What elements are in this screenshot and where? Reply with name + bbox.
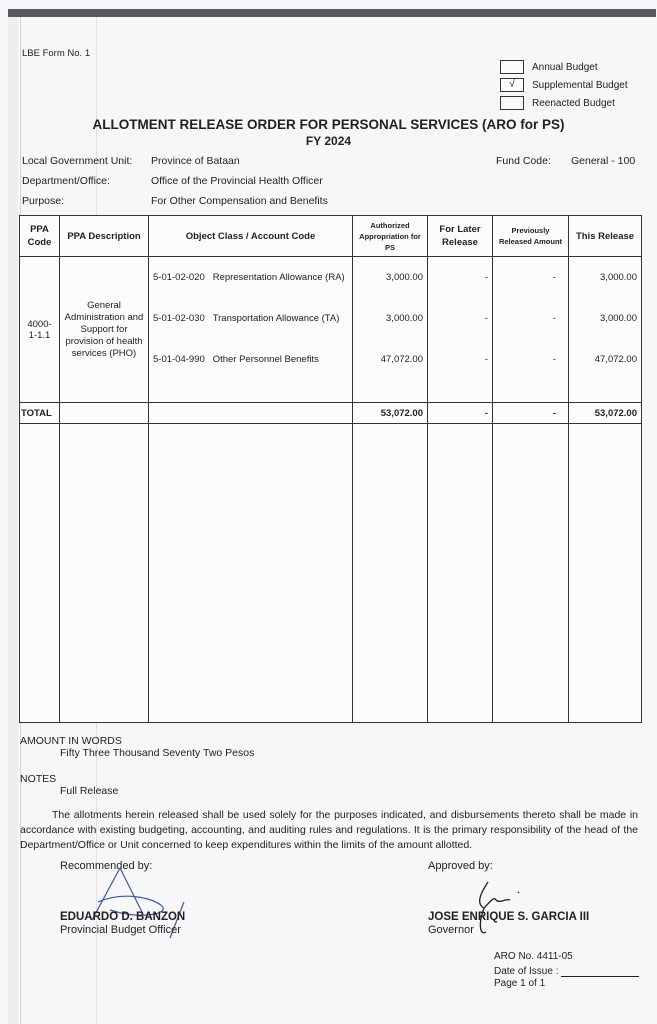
account-line: 5-01-02-020 Representation Allowance (RA…: [153, 257, 348, 298]
lgu-value: Province of Bataan: [151, 155, 240, 167]
recommender-position: Provincial Budget Officer: [60, 924, 181, 936]
total-label: TOTAL: [20, 403, 60, 424]
account-code: 5-01-02-020: [153, 272, 205, 283]
notes-value: Full Release: [60, 785, 118, 797]
previously-cell: - - -: [493, 257, 569, 403]
amount: -: [497, 257, 556, 298]
account-line: 5-01-04-990 Other Personnel Benefits: [153, 339, 348, 380]
purpose-label: Purpose:: [22, 195, 64, 207]
total-authorized: 53,072.00: [353, 403, 428, 424]
allotment-table: PPA Code PPA Description Object Class / …: [19, 215, 642, 723]
account-line: 5-01-02-030 Transportation Allowance (TA…: [153, 298, 348, 339]
header-previously: Previously Released Amount: [493, 216, 569, 257]
page-margin-shadow: [8, 17, 18, 1024]
amount: -: [432, 257, 488, 298]
budget-type-checklist: Annual Budget √ Supplemental Budget Reen…: [500, 58, 628, 112]
ppa-description: General Administration and Support for p…: [60, 257, 149, 403]
blank-row: [20, 424, 642, 723]
this-release-cell: 3,000.00 3,000.00 47,072.00: [569, 257, 642, 403]
header-for-later: For Later Release: [428, 216, 493, 257]
for-later-cell: - - -: [428, 257, 493, 403]
fund-code-value: General - 100: [571, 155, 635, 167]
total-previously: -: [493, 403, 569, 424]
approved-by-label: Approved by:: [428, 860, 493, 872]
fund-code-label: Fund Code:: [496, 155, 551, 167]
date-label: Date of Issue :: [494, 966, 558, 977]
header-authorized: Authorized Appropriation for PS: [353, 216, 428, 257]
lgu-label: Local Government Unit:: [22, 155, 132, 167]
account-name: Transportation Allowance (TA): [213, 313, 340, 324]
ppa-code: 4000-1-1.1: [20, 257, 60, 403]
header-object-class: Object Class / Account Code: [149, 216, 353, 257]
checkbox-annual[interactable]: [500, 60, 524, 74]
authorized-cell: 3,000.00 3,000.00 47,072.00: [353, 257, 428, 403]
amount-in-words-label: AMOUNT IN WORDS: [20, 735, 122, 747]
checkbox-label: Supplemental Budget: [532, 80, 628, 91]
checkbox-label: Reenacted Budget: [532, 98, 615, 109]
empty-cell: [428, 424, 493, 723]
object-class-cell: 5-01-02-020 Representation Allowance (RA…: [149, 257, 353, 403]
empty-cell: [60, 424, 149, 723]
total-this-release: 53,072.00: [569, 403, 642, 424]
disclaimer-paragraph: The allotments herein released shall be …: [20, 808, 638, 853]
budget-type-reenacted[interactable]: Reenacted Budget: [500, 94, 628, 112]
total-row: TOTAL 53,072.00 - - 53,072.00: [20, 403, 642, 424]
purpose-value: For Other Compensation and Benefits: [151, 195, 328, 207]
header-ppa-description: PPA Description: [60, 216, 149, 257]
account-code: 5-01-02-030: [153, 313, 205, 324]
table-row: 4000-1-1.1 General Administration and Su…: [20, 257, 642, 403]
header-ppa-code: PPA Code: [20, 216, 60, 257]
empty-cell: [149, 424, 353, 723]
recommender-name: EDUARDO D. BANZON: [60, 911, 185, 923]
amount: 3,000.00: [573, 298, 637, 339]
approver-name: JOSE ENRIQUE S. GARCIA III: [428, 911, 589, 923]
date-of-issue: Date of Issue :: [494, 964, 639, 977]
amount: 3,000.00: [573, 257, 637, 298]
account-code: 5-01-04-990: [153, 354, 205, 365]
account-name: Other Personnel Benefits: [213, 354, 319, 365]
amount: -: [432, 339, 488, 380]
empty-cell: [353, 424, 428, 723]
page-indicator: Page 1 of 1: [494, 978, 545, 989]
approver-position: Governor: [428, 924, 474, 936]
amount: 47,072.00: [573, 339, 637, 380]
signature-scribble-icon: [470, 874, 550, 944]
empty-cell: [60, 403, 149, 424]
checkbox-supplemental[interactable]: √: [500, 78, 524, 92]
header-this-release: This Release: [569, 216, 642, 257]
form-number: LBE Form No. 1: [22, 48, 90, 59]
account-name: Representation Allowance (RA): [213, 272, 345, 283]
department-value: Office of the Provincial Health Officer: [151, 175, 323, 187]
fiscal-year: FY 2024: [0, 133, 657, 149]
empty-cell: [20, 424, 60, 723]
amount: -: [497, 339, 556, 380]
checkbox-reenacted[interactable]: [500, 96, 524, 110]
amount: 47,072.00: [357, 339, 423, 380]
checkbox-label: Annual Budget: [532, 62, 598, 73]
handwritten-date-field: [561, 964, 639, 977]
amount-in-words-value: Fifty Three Thousand Seventy Two Pesos: [60, 747, 254, 759]
aro-number: ARO No. 4411-05: [494, 951, 573, 962]
budget-type-annual[interactable]: Annual Budget: [500, 58, 628, 76]
empty-cell: [149, 403, 353, 424]
budget-type-supplemental[interactable]: √ Supplemental Budget: [500, 76, 628, 94]
empty-cell: [569, 424, 642, 723]
amount: 3,000.00: [357, 257, 423, 298]
amount: -: [432, 298, 488, 339]
total-for-later: -: [428, 403, 493, 424]
empty-cell: [493, 424, 569, 723]
amount: -: [497, 298, 556, 339]
scan-top-edge: [8, 9, 656, 17]
document-title: ALLOTMENT RELEASE ORDER FOR PERSONAL SER…: [0, 117, 657, 133]
notes-label: NOTES: [20, 773, 56, 785]
table-header-row: PPA Code PPA Description Object Class / …: [20, 216, 642, 257]
amount: 3,000.00: [357, 298, 423, 339]
department-label: Department/Office:: [22, 175, 110, 187]
